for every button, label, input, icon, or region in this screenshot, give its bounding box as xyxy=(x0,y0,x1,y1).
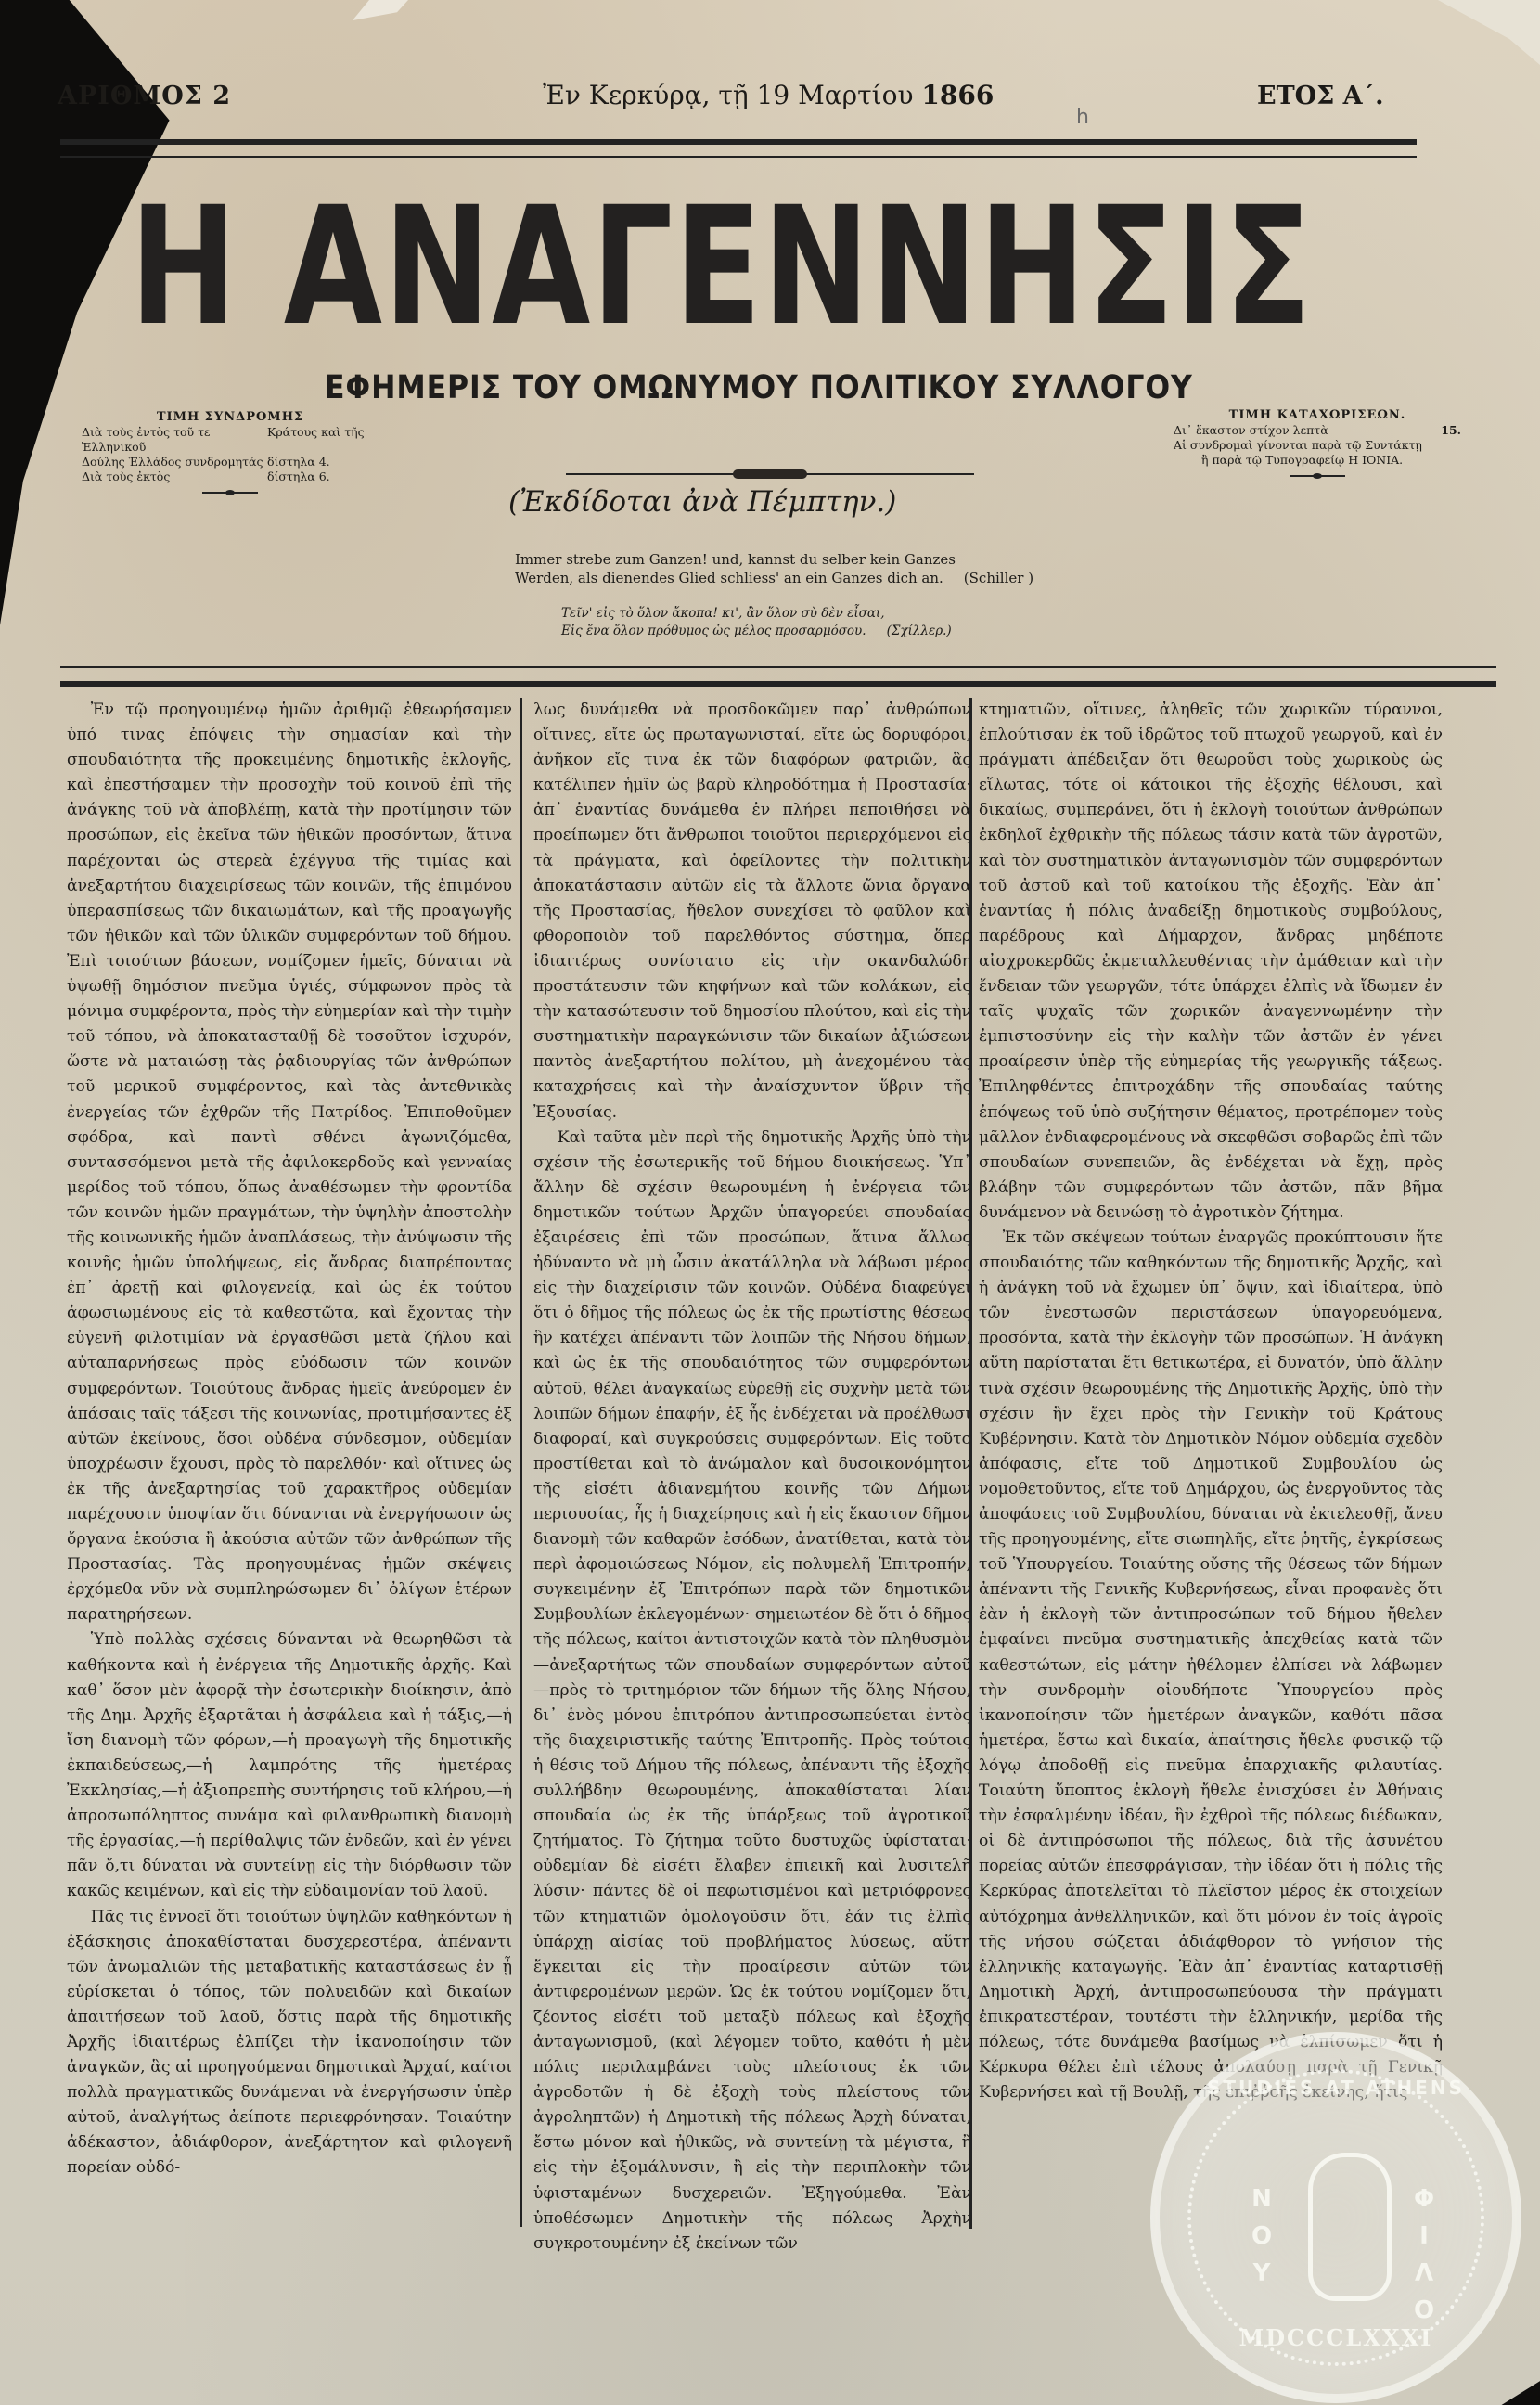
paragraph: Ὑπὸ πολλὰς σχέσεις δύνανται νὰ θεωρηθῶσι… xyxy=(67,1627,512,1904)
masthead-bottom-rule xyxy=(60,666,1496,687)
seal-date: MDCCCLXXXI xyxy=(1160,2324,1512,2351)
subscription-row: Διὰ τοὺς ἐντὸς τοῦ τε ἙλληνικοῦΚράτους κ… xyxy=(82,425,379,455)
seal-letters-right: Φ Ι Λ Ο xyxy=(1410,2180,1438,2329)
masthead-subtitle: ΕΦΗΜΕΡΙΣ ΤΟΥ ΟΜΩΝΥΜΟΥ ΠΟΛΙΤΙΚΟΥ ΣΥΛΛΟΓΟΥ xyxy=(325,369,1143,406)
motto-line: Εἰς ἕνα ὅλον πρόθυμος ὡς μέλος προσαρμόσ… xyxy=(561,623,866,640)
seal-letters-left: Ν Ο Υ xyxy=(1248,2180,1276,2292)
header-rule xyxy=(60,139,1417,158)
motto-attribution: (Schiller ) xyxy=(964,569,1033,587)
article-column-2: λως δυνάμεθα νὰ προσδοκῶμεν παρ᾽ ἀνθρώπω… xyxy=(533,698,971,2257)
masthead-title: Η ΑΝΑΓΕΝΝΗΣΙΣ xyxy=(130,186,1128,348)
volume-year: ΕΤΟΣ Α΄. xyxy=(1257,82,1384,110)
subscription-heading: ΤΙΜΗ ΣΥΝΔΡΟΜΗΣ xyxy=(82,410,379,425)
header-line: ΑΡΙΘΜΟΣ 2 Ἐν Κερκύρᾳ, τῇ 19 Μαρτίου 1866… xyxy=(0,67,1540,122)
paragraph: κτηματιῶν, οἵτινες, ἀληθεῖς τῶν χωρικῶν … xyxy=(979,698,1443,1226)
article-column-3: κτηματιῶν, οἵτινες, ἀληθεῖς τῶν χωρικῶν … xyxy=(979,698,1443,2105)
motto-greek: Τεῖν' εἰς τὸ ὅλον ἄκοπα! κι', ἂν ὅλον σὺ… xyxy=(561,605,952,640)
advertising-heading: ΤΙΜΗ ΚΑΤΑΧΩΡΙΣΕΩΝ. xyxy=(1174,408,1461,423)
motto-line: Immer strebe zum Ganzen! und, kannst du … xyxy=(515,550,1033,569)
ornamental-rule xyxy=(566,469,974,479)
motto-line: Τεῖν' εἰς τὸ ὅλον ἄκοπα! κι', ἂν ὅλον σὺ… xyxy=(561,605,952,623)
advertising-price-box: ΤΙΜΗ ΚΑΤΑΧΩΡΙΣΕΩΝ. Δι᾽ ἕκαστον στίχον λε… xyxy=(1174,408,1461,479)
subscription-price-box: ΤΙΜΗ ΣΥΝΔΡΟΜΗΣ Διὰ τοὺς ἐντὸς τοῦ τε Ἑλλ… xyxy=(82,410,379,495)
article-column-1: Ἐν τῷ προηγουμένῳ ἡμῶν ἀριθμῷ ἐθεωρήσαμε… xyxy=(67,698,512,2181)
column-divider xyxy=(520,698,522,2227)
advertising-row: Αἱ συνδρομαὶ γίνονται παρὰ τῷ Συντάκτῃ xyxy=(1174,438,1461,453)
publication-frequency: (Ἐκδίδοται ἀνὰ Πέμπτην.) xyxy=(508,485,896,519)
library-seal-watermark: STUDIES AT ATHENS Ν Ο Υ Φ Ι Λ Ο MDCCCLXX… xyxy=(1150,2032,1521,2403)
column-divider xyxy=(969,698,972,2229)
paragraph: Καὶ ταῦτα μὲν περὶ τῆς δημοτικῆς Ἀρχῆς ὑ… xyxy=(533,1125,971,2257)
ornament-divider xyxy=(202,490,258,495)
pencil-annotation: h xyxy=(1076,106,1089,129)
paragraph: Ἐν τῷ προηγουμένῳ ἡμῶν ἀριθμῷ ἐθεωρήσαμε… xyxy=(67,698,512,1627)
dateline-place-date: Ἐν Κερκύρᾳ, τῇ 19 Μαρτίου xyxy=(543,80,913,110)
advertising-row: Δι᾽ ἕκαστον στίχον λεπτὰ15. xyxy=(1174,423,1461,438)
advertising-row: ἢ παρὰ τῷ Τυπογραφείῳ Η ΙΟΝΙΑ. xyxy=(1174,453,1461,468)
seal-outer-text: STUDIES AT ATHENS xyxy=(1160,2077,1512,2099)
subscription-row: Διὰ τοὺς ἐκτὸςδίστηλα 6. xyxy=(82,469,379,484)
paragraph: Πᾶς τις ἐννοεῖ ὅτι τοιούτων ὑψηλῶν καθηκ… xyxy=(67,1905,512,2181)
amphora-icon xyxy=(1308,2153,1392,2301)
ornament-divider xyxy=(1290,473,1345,479)
subscription-row: Δούλης Ἑλλάδος συνδρομητάςδίστηλα 4. xyxy=(82,455,379,469)
motto-german: Immer strebe zum Ganzen! und, kannst du … xyxy=(515,550,1033,587)
paragraph: Ἐκ τῶν σκέψεων τούτων ἐναργῶς προκύπτουσ… xyxy=(979,1226,1443,2105)
paragraph: λως δυνάμεθα νὰ προσδοκῶμεν παρ᾽ ἀνθρώπω… xyxy=(533,698,971,1125)
issue-number: ΑΡΙΘΜΟΣ 2 xyxy=(58,82,231,110)
motto-attribution: (Σχίλλερ.) xyxy=(887,623,952,640)
motto-line: Werden, als dienendes Glied schliess' an… xyxy=(515,569,943,587)
dateline: Ἐν Κερκύρᾳ, τῇ 19 Μαρτίου 1866 xyxy=(543,80,994,110)
dateline-year: 1866 xyxy=(921,80,994,110)
